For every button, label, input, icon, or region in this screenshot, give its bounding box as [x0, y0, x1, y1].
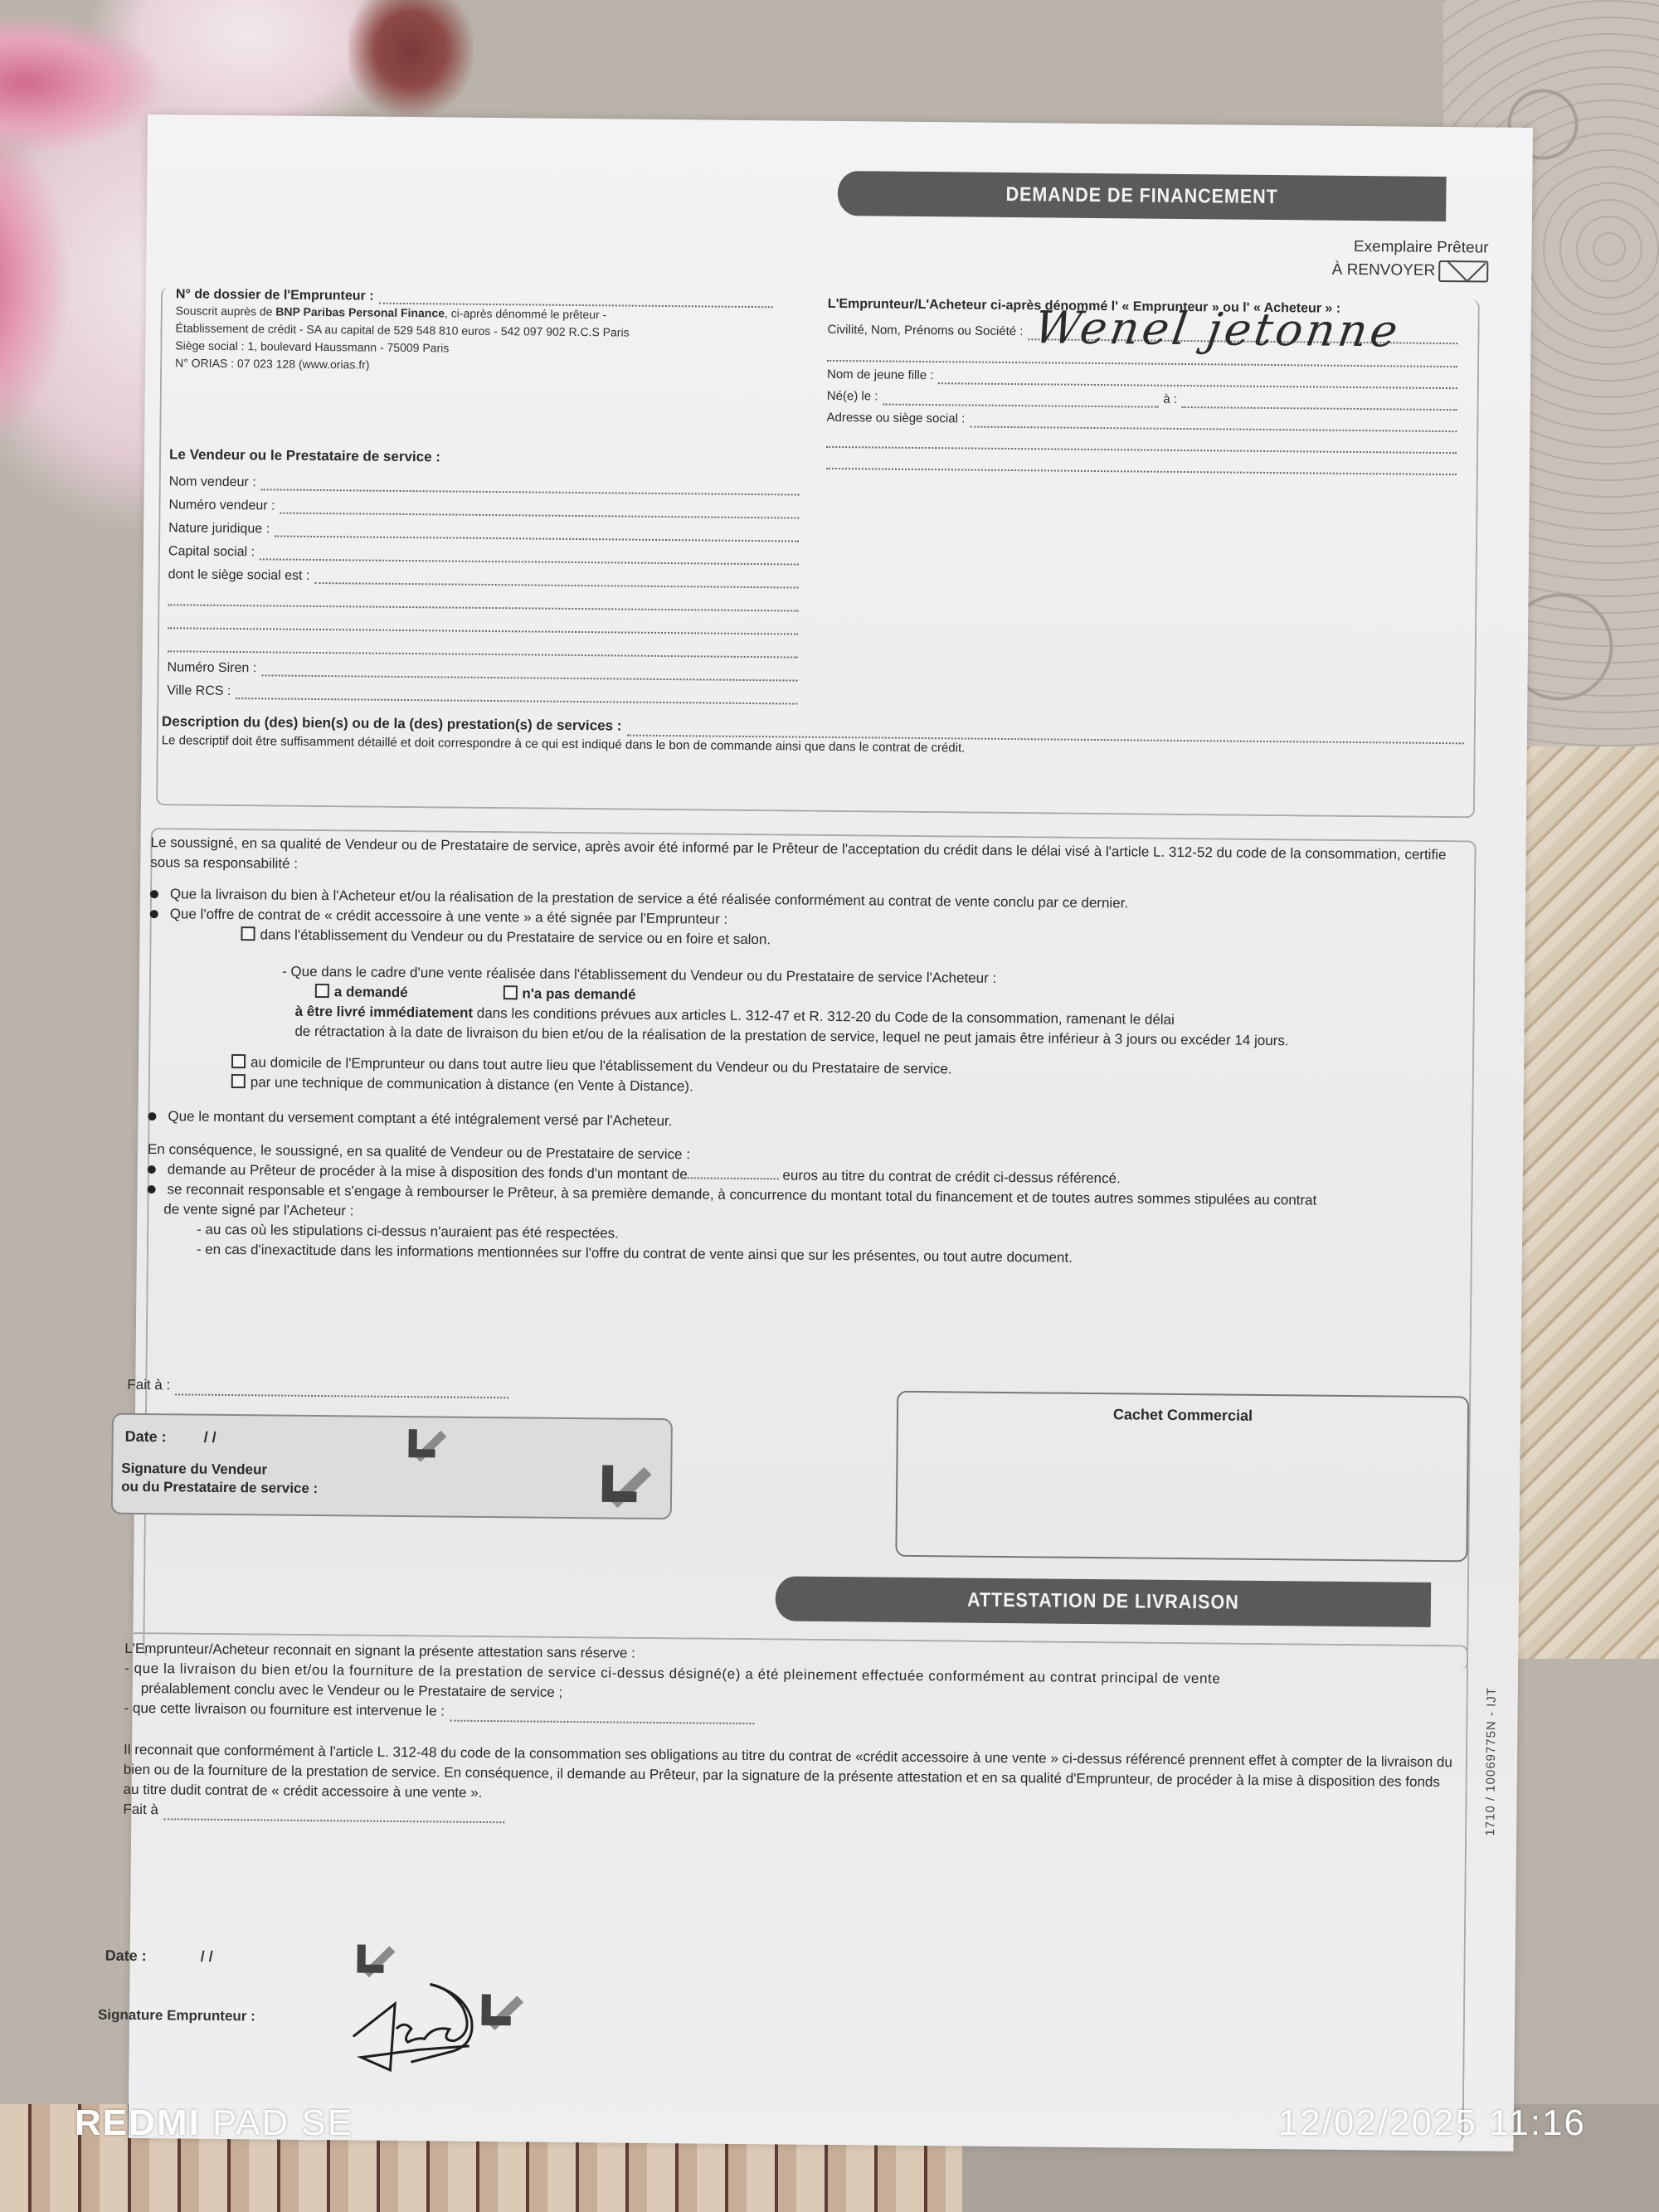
attestation-banner: ATTESTATION DE LIVRAISON: [775, 1576, 1431, 1627]
form-title: DEMANDE DE FINANCEMENT: [1005, 183, 1277, 209]
date-arrow-icon: [403, 1426, 436, 1459]
lender-block: N° de dossier de l'Emprunteur : Souscrit…: [175, 287, 773, 377]
attestation-paragraph: Il reconnait que conformément à l'articl…: [123, 1740, 1456, 1812]
form-reference-code: 1710 / 10069775N - IJT: [1483, 1687, 1499, 1836]
borrower-date-field[interactable]: Date : / /: [105, 1947, 213, 1966]
form-title-banner: DEMANDE DE FINANCEMENT: [838, 171, 1447, 221]
vendor-signature-box[interactable]: Date : / / Signature du Vendeurou du Pre…: [111, 1413, 673, 1519]
vendor-certification: Le soussigné, en sa qualité de Vendeur o…: [147, 833, 1462, 1271]
copy-label: Exemplaire Prêteur: [1332, 236, 1489, 260]
vendor-signature-label: Signature du Vendeurou du Prestataire de…: [121, 1460, 319, 1498]
copy-indicator: Exemplaire Prêteur À RENVOYER: [1332, 236, 1489, 284]
vendor-place-field[interactable]: Fait à :: [127, 1375, 508, 1398]
vendor-date-field[interactable]: Date : / /: [125, 1428, 216, 1446]
commercial-stamp-box[interactable]: Cachet Commercial: [895, 1391, 1469, 1563]
borrower-place-field[interactable]: Fait à: [123, 1800, 504, 1823]
checkbox-not-requested[interactable]: [503, 985, 517, 999]
attestation-title: ATTESTATION DE LIVRAISON: [967, 1589, 1239, 1615]
certification-down-payment: Que le montant du versement comptant a é…: [168, 1106, 672, 1131]
camera-datetime-watermark: 12/02/2025 11:16: [1278, 2103, 1586, 2144]
signature-arrow-icon: [596, 1461, 639, 1504]
vendor-block: Le Vendeur ou le Prestataire de service …: [167, 446, 800, 704]
borrower-name-handwritten[interactable]: Wenel jetonne: [1034, 318, 1402, 339]
borrower-signature-arrow-icon: [476, 1991, 513, 2027]
delivery-attestation: L'Emprunteur/Acheteur reconnait en signa…: [123, 1639, 1457, 1832]
borrower-date-arrow-icon: [352, 1941, 385, 1974]
camera-device-watermark: REDMI PAD SE: [75, 2103, 353, 2144]
background-woven-mat: [1510, 746, 1659, 1659]
checkbox-distance[interactable]: [231, 1074, 246, 1088]
borrower-signature-label: Signature Emprunteur :: [98, 2007, 255, 2025]
commercial-stamp-label: Cachet Commercial: [898, 1404, 1467, 1427]
checkbox-requested[interactable]: [315, 984, 329, 998]
envelope-icon: [1438, 260, 1488, 283]
background-stem: [348, 0, 473, 116]
option-requested[interactable]: a demandé: [315, 984, 408, 1000]
lender-name: BNP Paribas Personal Finance: [275, 304, 445, 319]
financing-form-sheet: DEMANDE DE FINANCEMENT Exemplaire Prêteu…: [129, 114, 1533, 2151]
checkbox-in-store[interactable]: [241, 926, 255, 941]
dossier-label: N° de dossier de l'Emprunteur :: [176, 287, 374, 304]
borrower-block: L'Emprunteur/L'Acheteur ci-après dénommé…: [826, 297, 1458, 475]
return-label: À RENVOYER: [1332, 261, 1436, 280]
option-not-requested[interactable]: n'a pas demandé: [503, 985, 635, 1003]
checkbox-home[interactable]: [231, 1054, 246, 1068]
amount-field[interactable]: [688, 1165, 779, 1179]
